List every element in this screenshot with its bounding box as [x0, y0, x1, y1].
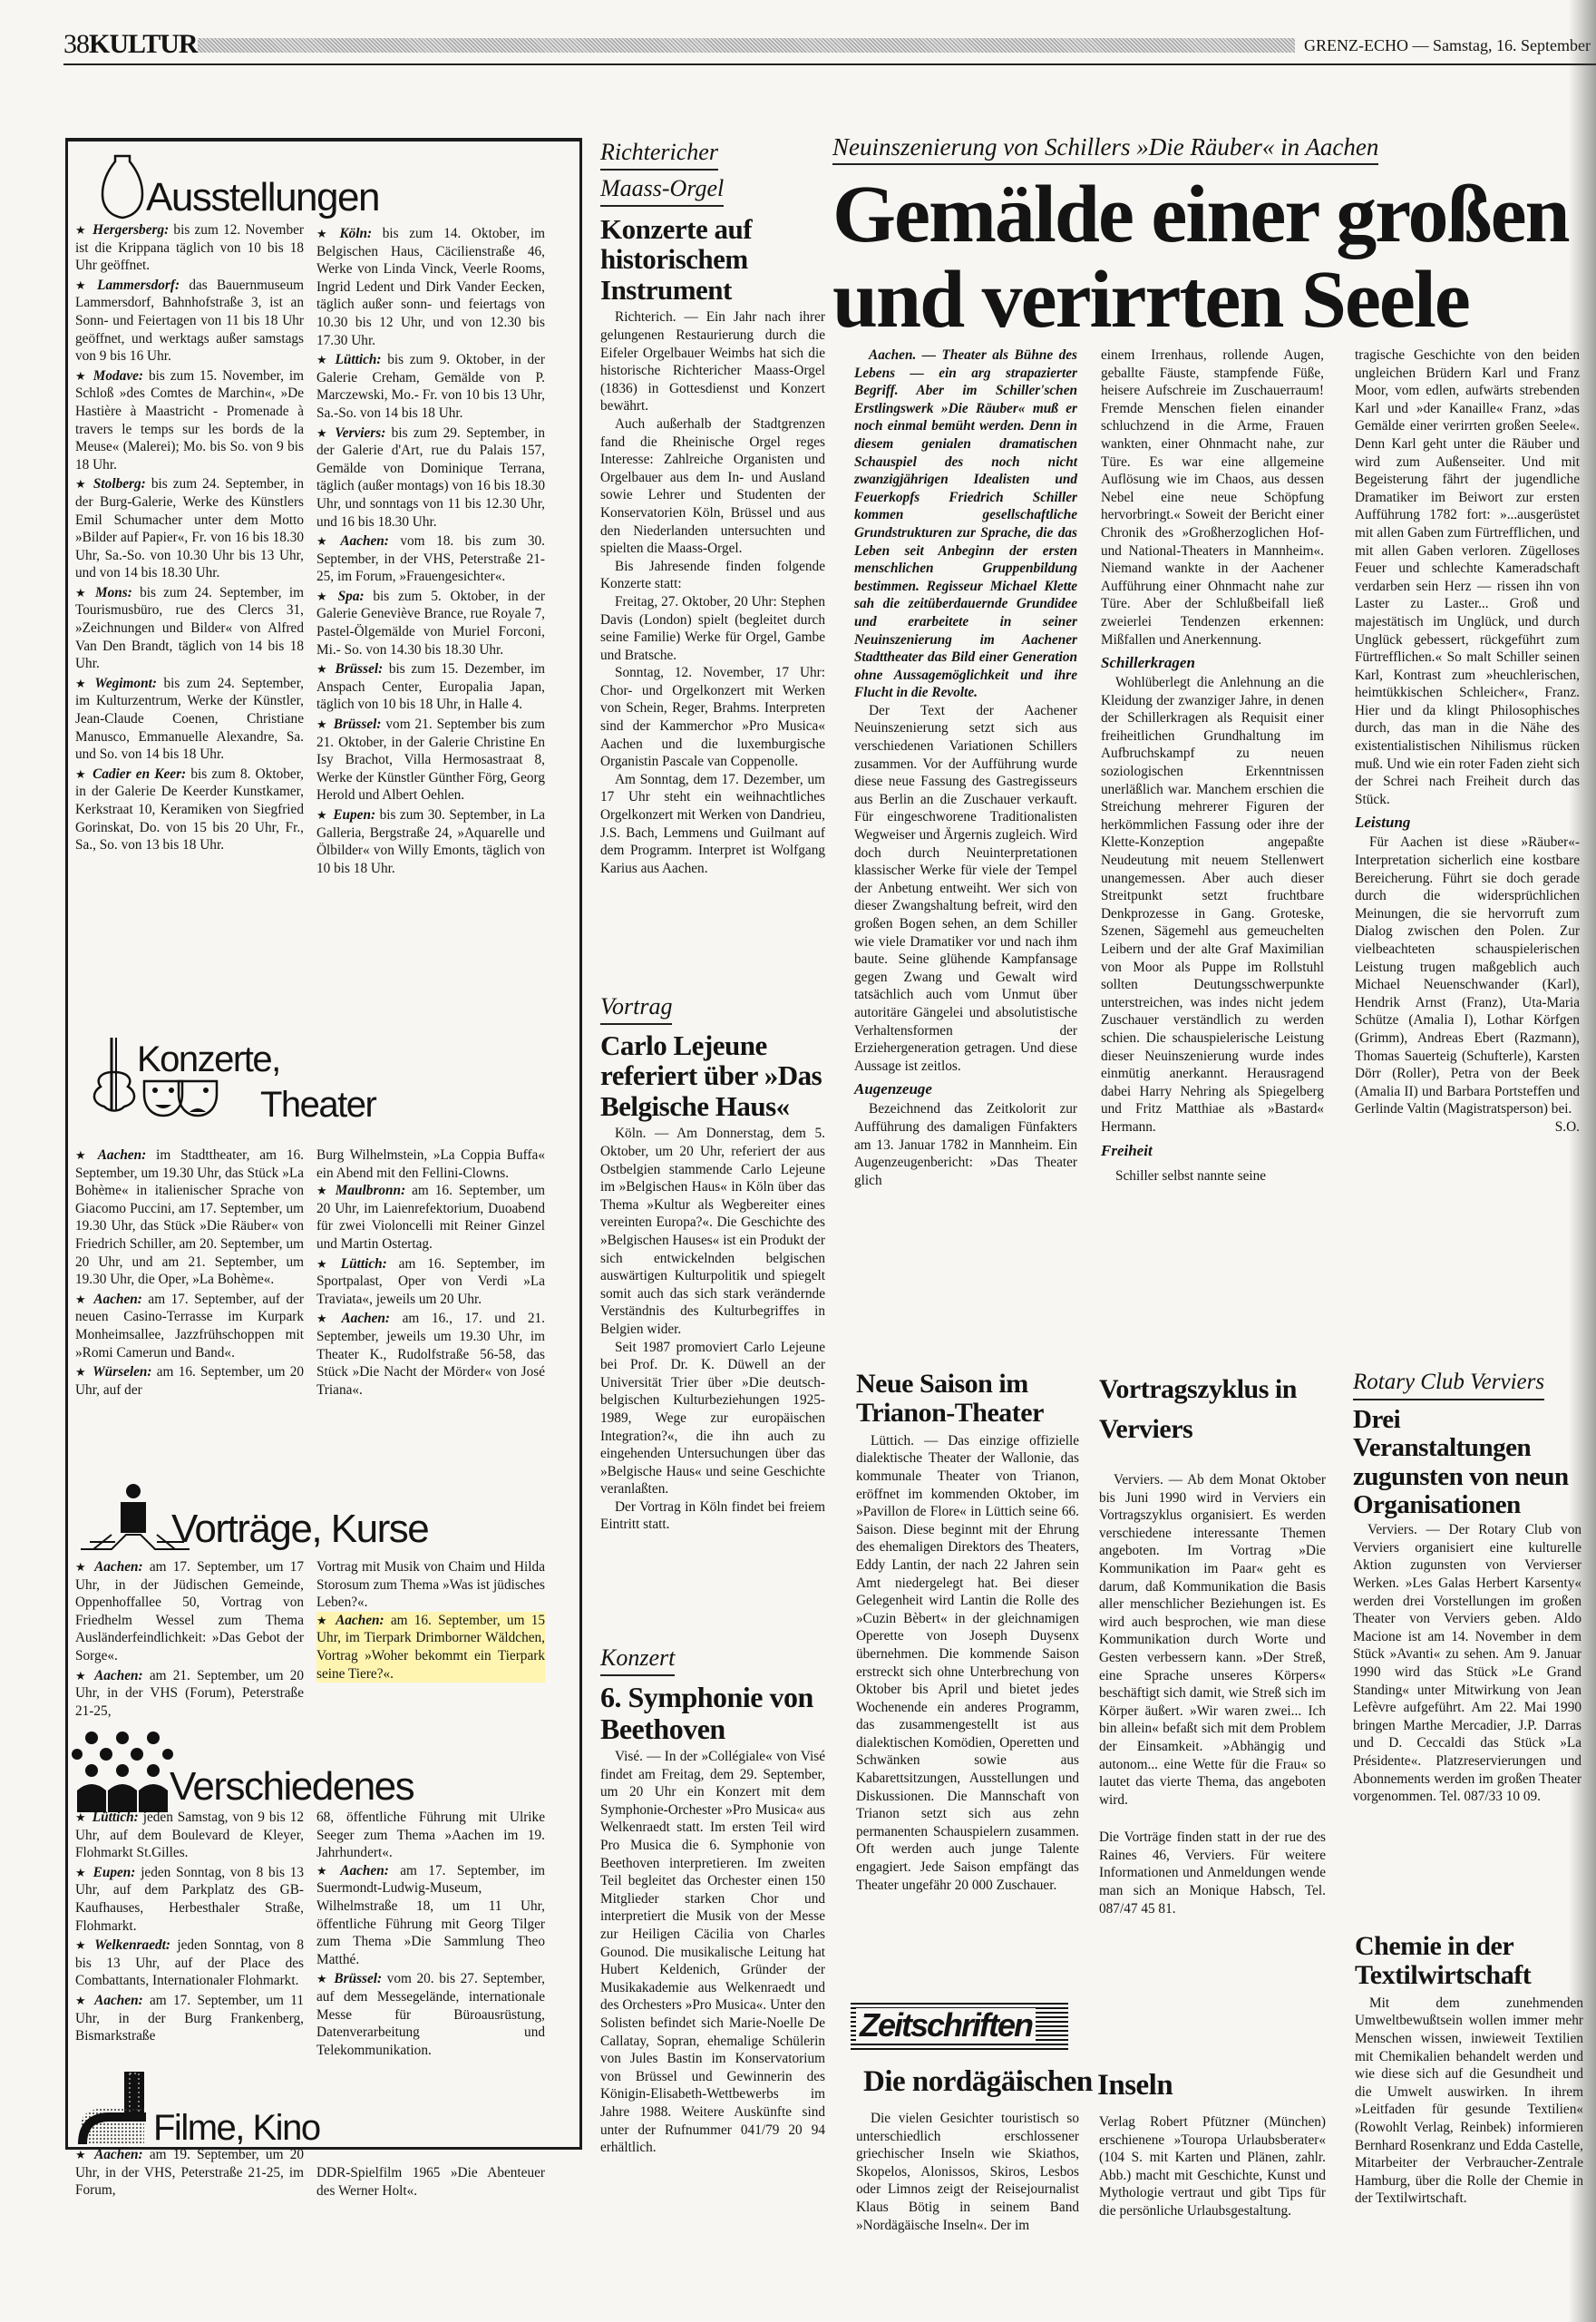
verschiedenes-col-2: 68, öffentliche Führung mit Ulrike Seege…	[316, 1809, 545, 2061]
zeitschriften-col-1: Die vielen Gesichter touristisch so unte…	[856, 2110, 1079, 2234]
raeuber-col-2: einem Irrenhaus, rollende Augen, geballt…	[1101, 346, 1324, 1185]
event-listings-box: Ausstellungen ★Hergersberg: bis zum 12. …	[65, 138, 582, 2150]
listing-city: Aachen:	[341, 1311, 402, 1326]
listing-entry: ★Modave: bis zum 15. November, im Schloß…	[75, 367, 304, 474]
star-icon: ★	[316, 1257, 336, 1271]
listing-city: Spa:	[338, 589, 374, 604]
article-orgel: Richtericher Maass-Orgel Konzerte auf hi…	[600, 138, 825, 877]
headline: Konzerte auf historischem Instrument	[600, 214, 825, 305]
listing-city: Aachen:	[94, 1993, 150, 2008]
listing-text: am 17. September, um 17 Uhr, in der Jüdi…	[75, 1559, 304, 1663]
konzerte-col-1: ★Aachen: im Stadttheater, am 16. Septemb…	[75, 1146, 304, 1400]
header-rule	[63, 63, 1596, 65]
body-paragraph: Bis Jahresende finden folgende Konzerte …	[600, 558, 825, 593]
listing-city: Brüssel:	[336, 661, 389, 677]
author-initials: S.O.	[1355, 1118, 1580, 1137]
star-icon: ★	[316, 1972, 328, 1985]
headline: Carlo Lejeune referiert über »Das Belgis…	[600, 1030, 825, 1121]
listing-city: Lüttich:	[341, 1256, 399, 1272]
star-icon: ★	[316, 353, 330, 366]
body-paragraph: Bezeichnend das Zeitkolorit zur Aufführu…	[854, 1100, 1077, 1189]
listing-entry: ★Aachen: am 16., 17. und 21. September, …	[316, 1310, 545, 1399]
body-paragraph: Der Vortrag in Köln findet bei freiem Ei…	[600, 1498, 825, 1534]
filme-col-1: ★Aachen: am 19. September, um 20 Uhr, in…	[75, 2146, 304, 2201]
article-beethoven: Konzert 6. Symphonie von Beethoven Visé.…	[600, 1644, 825, 2157]
star-icon: ★	[75, 1866, 88, 1879]
listing-entry: ★Würselen: am 16. September, um 20 Uhr, …	[75, 1363, 304, 1399]
subheading: Augenzeuge	[854, 1080, 1077, 1098]
star-icon: ★	[316, 590, 333, 603]
listing-entry: ★Aachen: am 17. September, um 11 Uhr, in…	[75, 1992, 304, 2045]
listing-city: Brüssel:	[334, 1971, 386, 1986]
listing-entry: ★Aachen: am 17. September, im Suermondt-…	[316, 1862, 545, 1969]
star-icon: ★	[75, 1994, 89, 2007]
listing-city: Aachen:	[94, 2147, 150, 2162]
listing-entry: ★Maulbronn: am 16. September, um 20 Uhr,…	[316, 1182, 545, 1253]
listing-continuation: Vortrag mit Musik von Chaim und Hilda St…	[316, 1558, 545, 1612]
body-paragraph: Köln. — Am Donnerstag, dem 5. Oktober, u…	[600, 1125, 825, 1338]
star-icon: ★	[316, 227, 334, 240]
listing-entry: ★Aachen: am 19. September, um 20 Uhr, in…	[75, 2146, 304, 2200]
star-icon: ★	[75, 1560, 89, 1574]
listing-city: Aachen:	[93, 1292, 148, 1307]
headline-line-2: und verirrten Seele	[832, 258, 1596, 343]
listing-entry: ★Köln: bis zum 14. Oktober, im Belgische…	[316, 225, 545, 349]
listing-entry: ★Spa: bis zum 5. Oktober, in der Galerie…	[316, 588, 545, 659]
section-title-filme: Filme, Kino	[153, 2110, 320, 2146]
listing-entry: ★Aachen: am 17. September, um 17 Uhr, in…	[75, 1558, 304, 1665]
section-title-konzerte: Konzerte,	[137, 1041, 280, 1078]
listing-entry: ★Hergersberg: bis zum 12. November ist d…	[75, 221, 304, 275]
star-icon: ★	[316, 534, 335, 548]
star-icon: ★	[316, 808, 327, 822]
body-paragraph: Visé. — In der »Collégiale« von Visé fin…	[600, 1748, 825, 2157]
listing-city: Würselen:	[92, 1364, 157, 1380]
listing-city: Aachen:	[94, 1559, 150, 1575]
listing-entry: ★Eupen: jeden Sonntag, von 8 bis 13 Uhr,…	[75, 1864, 304, 1935]
listing-text: am 17. September, im Suermondt-Ludwig-Mu…	[316, 1863, 545, 1967]
star-icon: ★	[316, 1614, 330, 1627]
zeitschriften-col-2: Verlag Robert Pfützner (München) erschie…	[1099, 2113, 1326, 2220]
listing-city: Verviers:	[335, 425, 391, 441]
listing-entry: ★Aachen: am 16. September, um 15 Uhr, im…	[316, 1612, 545, 1683]
star-icon: ★	[75, 477, 88, 491]
page-section-label: 38KULTUR	[63, 29, 198, 60]
star-icon: ★	[75, 1293, 88, 1306]
listing-continuation: 68, öffentliche Führung mit Ulrike Seege…	[316, 1809, 545, 1862]
star-icon: ★	[75, 278, 92, 292]
headline-right: Inseln	[1097, 2070, 1173, 2102]
star-icon: ★	[316, 1864, 335, 1878]
headline: Drei Veranstaltungen zugunsten von neun …	[1353, 1406, 1581, 1519]
ausstellungen-col-1: ★Hergersberg: bis zum 12. November ist d…	[75, 221, 304, 856]
body-paragraph: Wohlüberlegt die Anlehnung an die Kleidu…	[1101, 674, 1324, 1136]
listing-city: Welkenraedt:	[94, 1937, 177, 1953]
kicker: Rotary Club Verviers	[1353, 1368, 1544, 1400]
listing-city: Wegimont:	[94, 676, 163, 691]
article-body: Köln. — Am Donnerstag, dem 5. Oktober, u…	[600, 1125, 825, 1534]
body-paragraph: Mit dem zunehmenden Umweltbewußtsein wol…	[1355, 1995, 1583, 2208]
star-icon: ★	[75, 586, 90, 600]
article-vortragszyklus: Vortragszyklus in Verviers Verviers. — A…	[1099, 1370, 1326, 1917]
star-icon: ★	[316, 662, 330, 676]
star-icon: ★	[316, 426, 329, 440]
star-icon: ★	[75, 1810, 87, 1824]
subheading: Freiheit	[1101, 1142, 1324, 1160]
listing-entry: ★Brüssel: bis zum 15. Dezember, im Anspa…	[316, 660, 545, 714]
listing-city: Aachen:	[340, 533, 400, 549]
article-rotary: Rotary Club Verviers Drei Veranstaltunge…	[1353, 1368, 1581, 1806]
body-paragraph: Für Aachen ist diese »Räuber«-Interpreta…	[1355, 834, 1580, 1118]
body-paragraph: Der Text der Aachener Neuinszenierung se…	[854, 702, 1077, 1075]
page-number: 38	[63, 29, 89, 59]
body-paragraph: Am Sonntag, dem 17. Dezember, um 17 Uhr …	[600, 771, 825, 878]
listing-entry: ★Brüssel: vom 20. bis 27. September, auf…	[316, 1970, 545, 2059]
article-trianon: Neue Saison im Trianon-Theater Lüttich. …	[856, 1370, 1079, 1894]
listing-entry: ★Lüttich: am 16. September, im Sportpala…	[316, 1255, 545, 1309]
header-hatch-band	[198, 38, 1295, 53]
listing-city: Hergersberg:	[92, 222, 173, 238]
people-dots-icon	[72, 1731, 180, 1812]
listing-city: Aachen:	[340, 1863, 400, 1878]
headline: Chemie in der Textilwirtschaft	[1355, 1932, 1583, 1991]
listing-entry: ★Aachen: im Stadttheater, am 16. Septemb…	[75, 1146, 304, 1289]
listing-city: Stolberg:	[93, 476, 151, 492]
subheading: Leistung	[1355, 814, 1580, 832]
listing-entry: ★Mons: bis zum 24. September, im Tourism…	[75, 584, 304, 673]
listing-entry: ★Wegimont: bis zum 24. September, im Kul…	[75, 675, 304, 764]
body-paragraph: Seit 1987 promoviert Carlo Lejeune bei P…	[600, 1339, 825, 1498]
headline-line-1: Gemälde einer großen	[832, 172, 1596, 258]
filme-col-2: DDR-Spielfilm 1965 »Die Abenteuer des We…	[316, 2164, 545, 2200]
zeitschriften-label: Zeitschriften	[856, 2008, 1036, 2043]
listing-city: Aachen:	[98, 1147, 156, 1163]
article-lejeune: Vortrag Carlo Lejeune referiert über »Da…	[600, 992, 825, 1534]
vortraege-col-2: Vortrag mit Musik von Chaim und Hilda St…	[316, 1558, 545, 1684]
listing-city: Lüttich:	[92, 1810, 143, 1825]
star-icon: ★	[75, 1669, 89, 1683]
section-title-verschiedenes: Verschiedenes	[170, 1767, 414, 1807]
body-paragraph: Freitag, 27. Oktober, 20 Uhr: Stephen Da…	[600, 593, 825, 664]
listing-city: Maulbronn:	[336, 1183, 412, 1198]
listing-entry: ★Cadier en Keer: bis zum 8. Oktober, in …	[75, 766, 304, 854]
section-name: KULTUR	[89, 29, 198, 59]
star-icon: ★	[75, 1365, 87, 1379]
listing-city: Brüssel:	[334, 717, 386, 732]
listing-entry: ★Lammersdorf: das Bauernmuseum Lammersdo…	[75, 277, 304, 366]
vortraege-col-1: ★Aachen: am 17. September, um 17 Uhr, in…	[75, 1558, 304, 1722]
listing-city: Lüttich:	[336, 352, 388, 367]
kicker: Vortrag	[600, 992, 672, 1025]
star-icon: ★	[316, 1184, 330, 1197]
star-icon: ★	[316, 717, 328, 731]
listing-city: Lammersdorf:	[97, 278, 189, 293]
body-paragraph: Sonntag, 12. November, 17 Uhr: Chor- und…	[600, 664, 825, 771]
body-paragraph: Verlag Robert Pfützner (München) erschie…	[1099, 2113, 1326, 2220]
kicker: Neuinszenierung von Schillers »Die Räube…	[832, 132, 1378, 165]
body-paragraph: Verviers. — Der Rotary Club von Verviers…	[1353, 1521, 1581, 1806]
listing-text: bis zum 24. September, in der Burg-Galer…	[75, 476, 304, 580]
listing-entry: ★Welkenraedt: jeden Sonntag, von 8 bis 1…	[75, 1937, 304, 1990]
listing-entry: ★Eupen: bis zum 30. September, in La Gal…	[316, 806, 545, 877]
listing-entry: ★Brüssel: vom 21. September bis zum 21. …	[316, 716, 545, 805]
body-paragraph: Die vielen Gesichter touristisch so unte…	[856, 2110, 1079, 2234]
listing-city: Aachen:	[336, 1613, 391, 1628]
dateline: GRENZ-ECHO — Samstag, 16. September 1989	[1304, 36, 1596, 55]
konzerte-col-2: Burg Wilhelmstein, »La Coppia Buffa« ein…	[316, 1146, 545, 1400]
verschiedenes-col-1: ★Lüttich: jeden Samstag, von 9 bis 12 Uh…	[75, 1809, 304, 2047]
star-icon: ★	[75, 369, 88, 383]
page-header: 38KULTUR GRENZ-ECHO — Samstag, 16. Septe…	[63, 29, 1596, 65]
star-icon: ★	[316, 1312, 336, 1325]
vase-icon	[101, 154, 144, 220]
star-icon: ★	[75, 2148, 89, 2161]
subheading: Schillerkragen	[1101, 654, 1324, 672]
lead-paragraph: Aachen. — Theater als Bühne des Lebens —…	[854, 346, 1077, 702]
body-paragraph: einem Irrenhaus, rollende Augen, geballt…	[1101, 346, 1324, 649]
body-paragraph: Lüttich. — Das einzige offizielle dialek…	[856, 1432, 1079, 1894]
listing-entry: ★Stolberg: bis zum 24. September, in der…	[75, 475, 304, 582]
listing-entry: ★Aachen: vom 18. bis zum 30. September, …	[316, 532, 545, 586]
listing-city: Köln:	[339, 226, 382, 241]
listing-entry: ★Aachen: am 21. September, um 20 Uhr, in…	[75, 1667, 304, 1721]
headline: Vortragszyklus in Verviers	[1099, 1370, 1326, 1449]
article-raeuber: Neuinszenierung von Schillers »Die Räube…	[832, 132, 1596, 343]
article-body: Richterich. — Ein Jahr nach ihrer gelung…	[600, 308, 825, 877]
body-paragraph: Richterich. — Ein Jahr nach ihrer gelung…	[600, 308, 825, 415]
star-icon: ★	[75, 1148, 92, 1162]
body-paragraph: Auch außerhalb der Stadtgrenzen fand die…	[600, 415, 825, 558]
listing-city: Mons:	[95, 585, 140, 600]
article-chemie: Chemie in der Textilwirtschaft Mit dem z…	[1355, 1932, 1583, 2208]
listing-entry: ★Lüttich: bis zum 9. Oktober, in der Gal…	[316, 351, 545, 422]
section-title-ausstellungen: Ausstellungen	[146, 178, 379, 218]
body-paragraph: Verviers. — Ab dem Monat Oktober bis Jun…	[1099, 1471, 1326, 1809]
kicker: Konzert	[600, 1644, 675, 1676]
raeuber-col-1: Aachen. — Theater als Bühne des Lebens —…	[854, 346, 1077, 1189]
article-body: Visé. — In der »Collégiale« von Visé fin…	[600, 1748, 825, 2157]
headline: Neue Saison im Trianon-Theater	[856, 1370, 1079, 1429]
body-paragraph: Die Vorträge finden statt in der rue des…	[1099, 1829, 1326, 1917]
section-title-vortraege: Vorträge, Kurse	[171, 1509, 428, 1549]
kicker: Maass-Orgel	[600, 174, 724, 207]
headline: 6. Symphonie von Beethoven	[600, 1682, 825, 1744]
star-icon: ★	[75, 1938, 89, 1952]
listing-city: Aachen:	[94, 1668, 150, 1683]
listing-city: Eupen:	[333, 807, 379, 823]
headline-left: Die nordägäischen	[863, 2066, 1093, 2099]
ausstellungen-col-2: ★Köln: bis zum 14. Oktober, im Belgische…	[316, 225, 545, 879]
listing-continuation: Burg Wilhelmstein, »La Coppia Buffa« ein…	[316, 1146, 545, 1182]
listing-entry: ★Lüttich: jeden Samstag, von 9 bis 12 Uh…	[75, 1809, 304, 1862]
page-edge-shadow	[1569, 0, 1596, 2322]
listing-city: Cadier en Keer:	[92, 766, 190, 782]
listing-entry: ★Verviers: bis zum 29. September, in der…	[316, 424, 545, 532]
raeuber-col-3: tragische Geschichte von den beiden ungl…	[1355, 346, 1580, 1137]
kicker: Richtericher	[600, 138, 718, 171]
star-icon: ★	[75, 677, 89, 690]
section-title-theater: Theater	[260, 1087, 375, 1123]
body-paragraph: tragische Geschichte von den beiden ungl…	[1355, 346, 1580, 808]
body-paragraph: Schiller selbst nannte seine	[1101, 1167, 1324, 1185]
zeitschriften-banner: Zeitschriften	[851, 2003, 1068, 2050]
listing-entry: ★Aachen: am 17. September, auf der neuen…	[75, 1291, 304, 1361]
listing-text: im Stadttheater, am 16. September, um 19…	[75, 1147, 304, 1287]
listing-city: Modave:	[93, 368, 149, 384]
listing-city: Eupen:	[93, 1865, 141, 1880]
star-icon: ★	[75, 223, 87, 237]
listing-text: bis zum 14. Oktober, im Belgischen Haus,…	[316, 226, 545, 348]
star-icon: ★	[75, 767, 87, 781]
listing-continuation: DDR-Spielfilm 1965 »Die Abenteuer des We…	[316, 2164, 545, 2200]
film-reel-icon	[77, 2072, 148, 2144]
